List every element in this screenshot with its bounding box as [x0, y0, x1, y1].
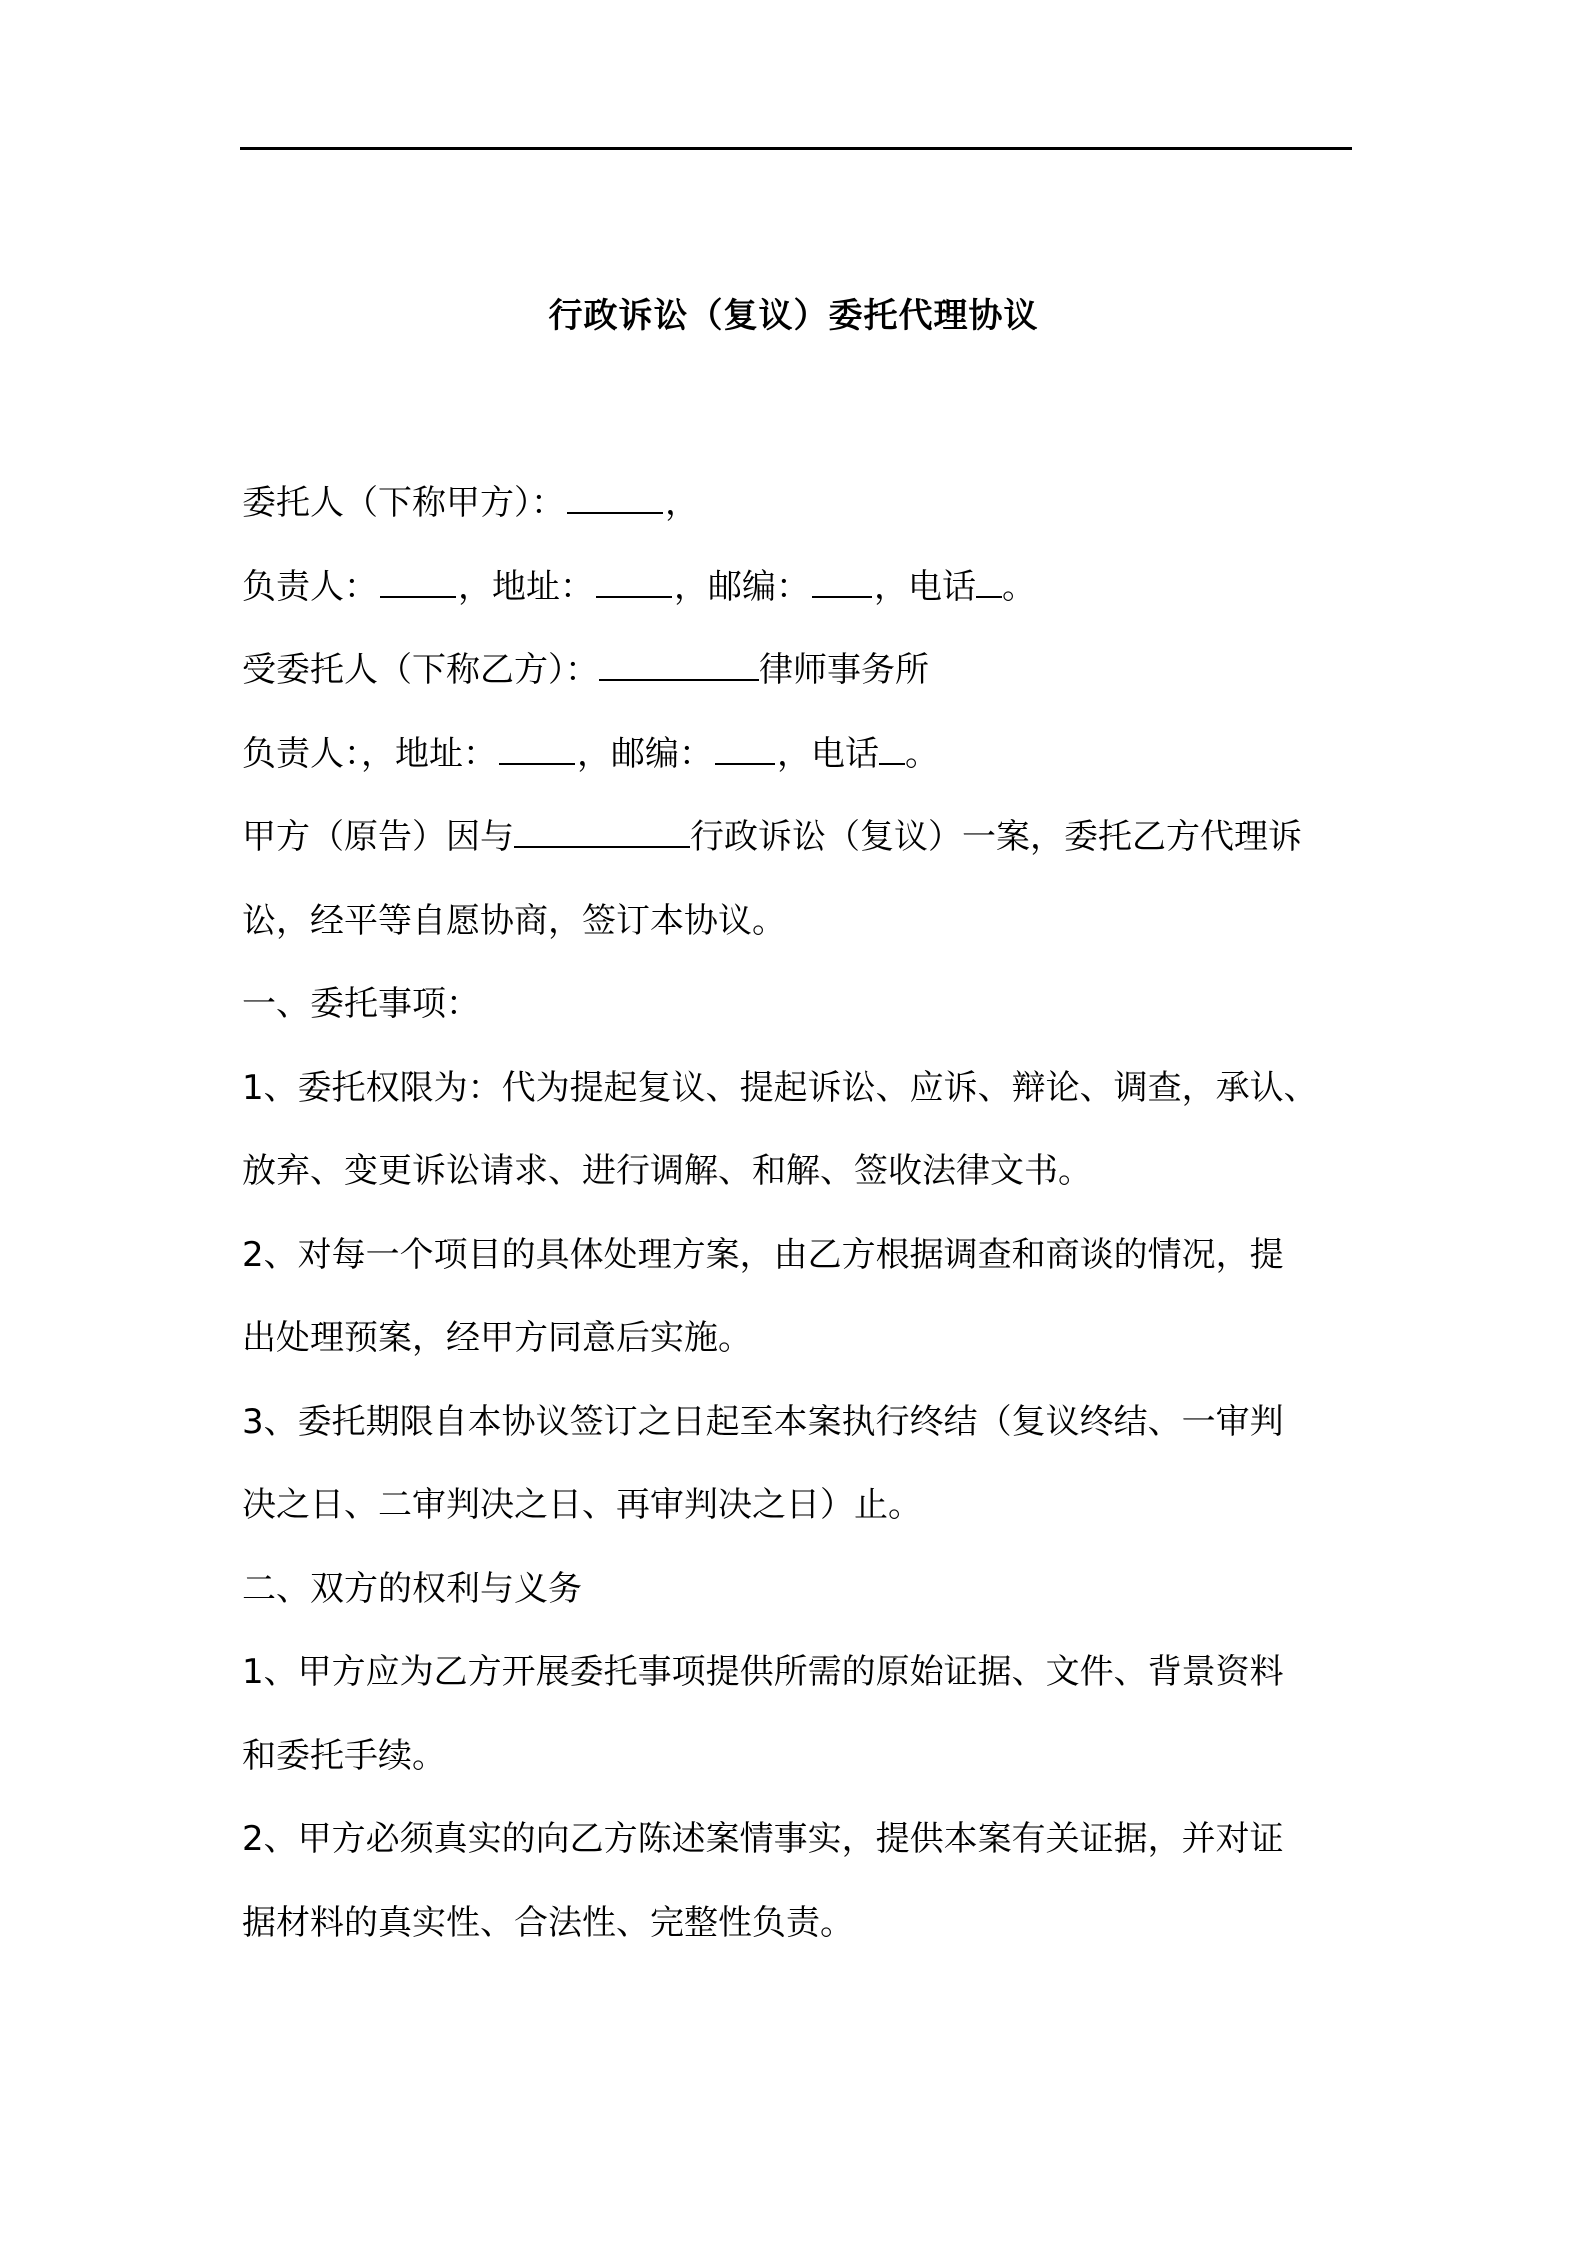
section-heading-1: 一、委托事项：: [242, 963, 1354, 1047]
intro-prefix: 甲方（原告）因与: [242, 817, 514, 857]
section-1-item-2-line-2: 出处理预案，经甲方同意后实施。: [242, 1297, 1354, 1381]
defendant-blank[interactable]: [514, 812, 690, 848]
client-phone-blank[interactable]: [976, 562, 1002, 598]
agent-postcode-label: ，邮编：: [577, 734, 713, 774]
client-contact-line: 负责人：，地址：，邮编：，电话。: [242, 546, 1354, 630]
section-2-item-2-line-2: 据材料的真实性、合法性、完整性负责。: [242, 1882, 1354, 1966]
client-tail: ，: [665, 483, 699, 523]
agent-postcode-blank[interactable]: [715, 729, 775, 765]
agent-phone-label: ，电话: [777, 734, 879, 774]
agent-label: 受委托人（下称乙方）：: [242, 650, 599, 690]
client-postcode-label: ，邮编：: [674, 567, 810, 607]
section-1-item-3-line-2: 决之日、二审判决之日、再审判决之日）止。: [242, 1464, 1354, 1548]
client-postcode-blank[interactable]: [812, 562, 872, 598]
agent-leader-address-label: 负责人：，地址：: [242, 734, 497, 774]
agent-contact-end: 。: [905, 734, 939, 774]
client-address-label: ，地址：: [458, 567, 594, 607]
client-label: 委托人（下称甲方）：: [242, 483, 565, 523]
client-leader-label: 负责人：: [242, 567, 378, 607]
agent-firm-blank[interactable]: [599, 645, 759, 681]
section-1-item-2-line-1: 2、对每一个项目的具体处理方案，由乙方根据调查和商谈的情况，提: [242, 1214, 1354, 1298]
section-2-item-1-line-1: 1、甲方应为乙方开展委托事项提供所需的原始证据、文件、背景资料: [242, 1631, 1354, 1715]
agent-phone-blank[interactable]: [879, 729, 905, 765]
section-1-item-1-line-1: 1、委托权限为：代为提起复议、提起诉讼、应诉、辩论、调查，承认、: [242, 1047, 1354, 1131]
section-2-item-2-line-1: 2、甲方必须真实的向乙方陈述案情事实，提供本案有关证据，并对证: [242, 1798, 1354, 1882]
intro-rest: 行政诉讼（复议）一案，委托乙方代理诉: [690, 817, 1302, 857]
document-body: 委托人（下称甲方）：， 负责人：，地址：，邮编：，电话。 受委托人（下称乙方）：…: [242, 462, 1354, 1965]
client-line: 委托人（下称甲方）：，: [242, 462, 1354, 546]
client-name-blank[interactable]: [567, 478, 663, 514]
document-title: 行政诉讼（复议）委托代理协议: [0, 292, 1587, 340]
section-2-item-1-line-2: 和委托手续。: [242, 1715, 1354, 1799]
intro-line-1: 甲方（原告）因与行政诉讼（复议）一案，委托乙方代理诉: [242, 796, 1354, 880]
client-phone-label: ，电话: [874, 567, 976, 607]
section-1-item-3-line-1: 3、委托期限自本协议签订之日起至本案执行终结（复议终结、一审判: [242, 1381, 1354, 1465]
section-heading-2: 二、双方的权利与义务: [242, 1548, 1354, 1632]
header-rule: [240, 147, 1352, 150]
client-leader-blank[interactable]: [380, 562, 456, 598]
section-1-item-1-line-2: 放弃、变更诉讼请求、进行调解、和解、签收法律文书。: [242, 1130, 1354, 1214]
agent-suffix: 律师事务所: [759, 650, 929, 690]
agent-address-blank[interactable]: [499, 729, 575, 765]
agent-contact-line: 负责人：，地址：，邮编：，电话。: [242, 713, 1354, 797]
client-address-blank[interactable]: [596, 562, 672, 598]
agent-line: 受委托人（下称乙方）：律师事务所: [242, 629, 1354, 713]
client-contact-end: 。: [1002, 567, 1036, 607]
intro-line-2: 讼，经平等自愿协商，签订本协议。: [242, 880, 1354, 964]
